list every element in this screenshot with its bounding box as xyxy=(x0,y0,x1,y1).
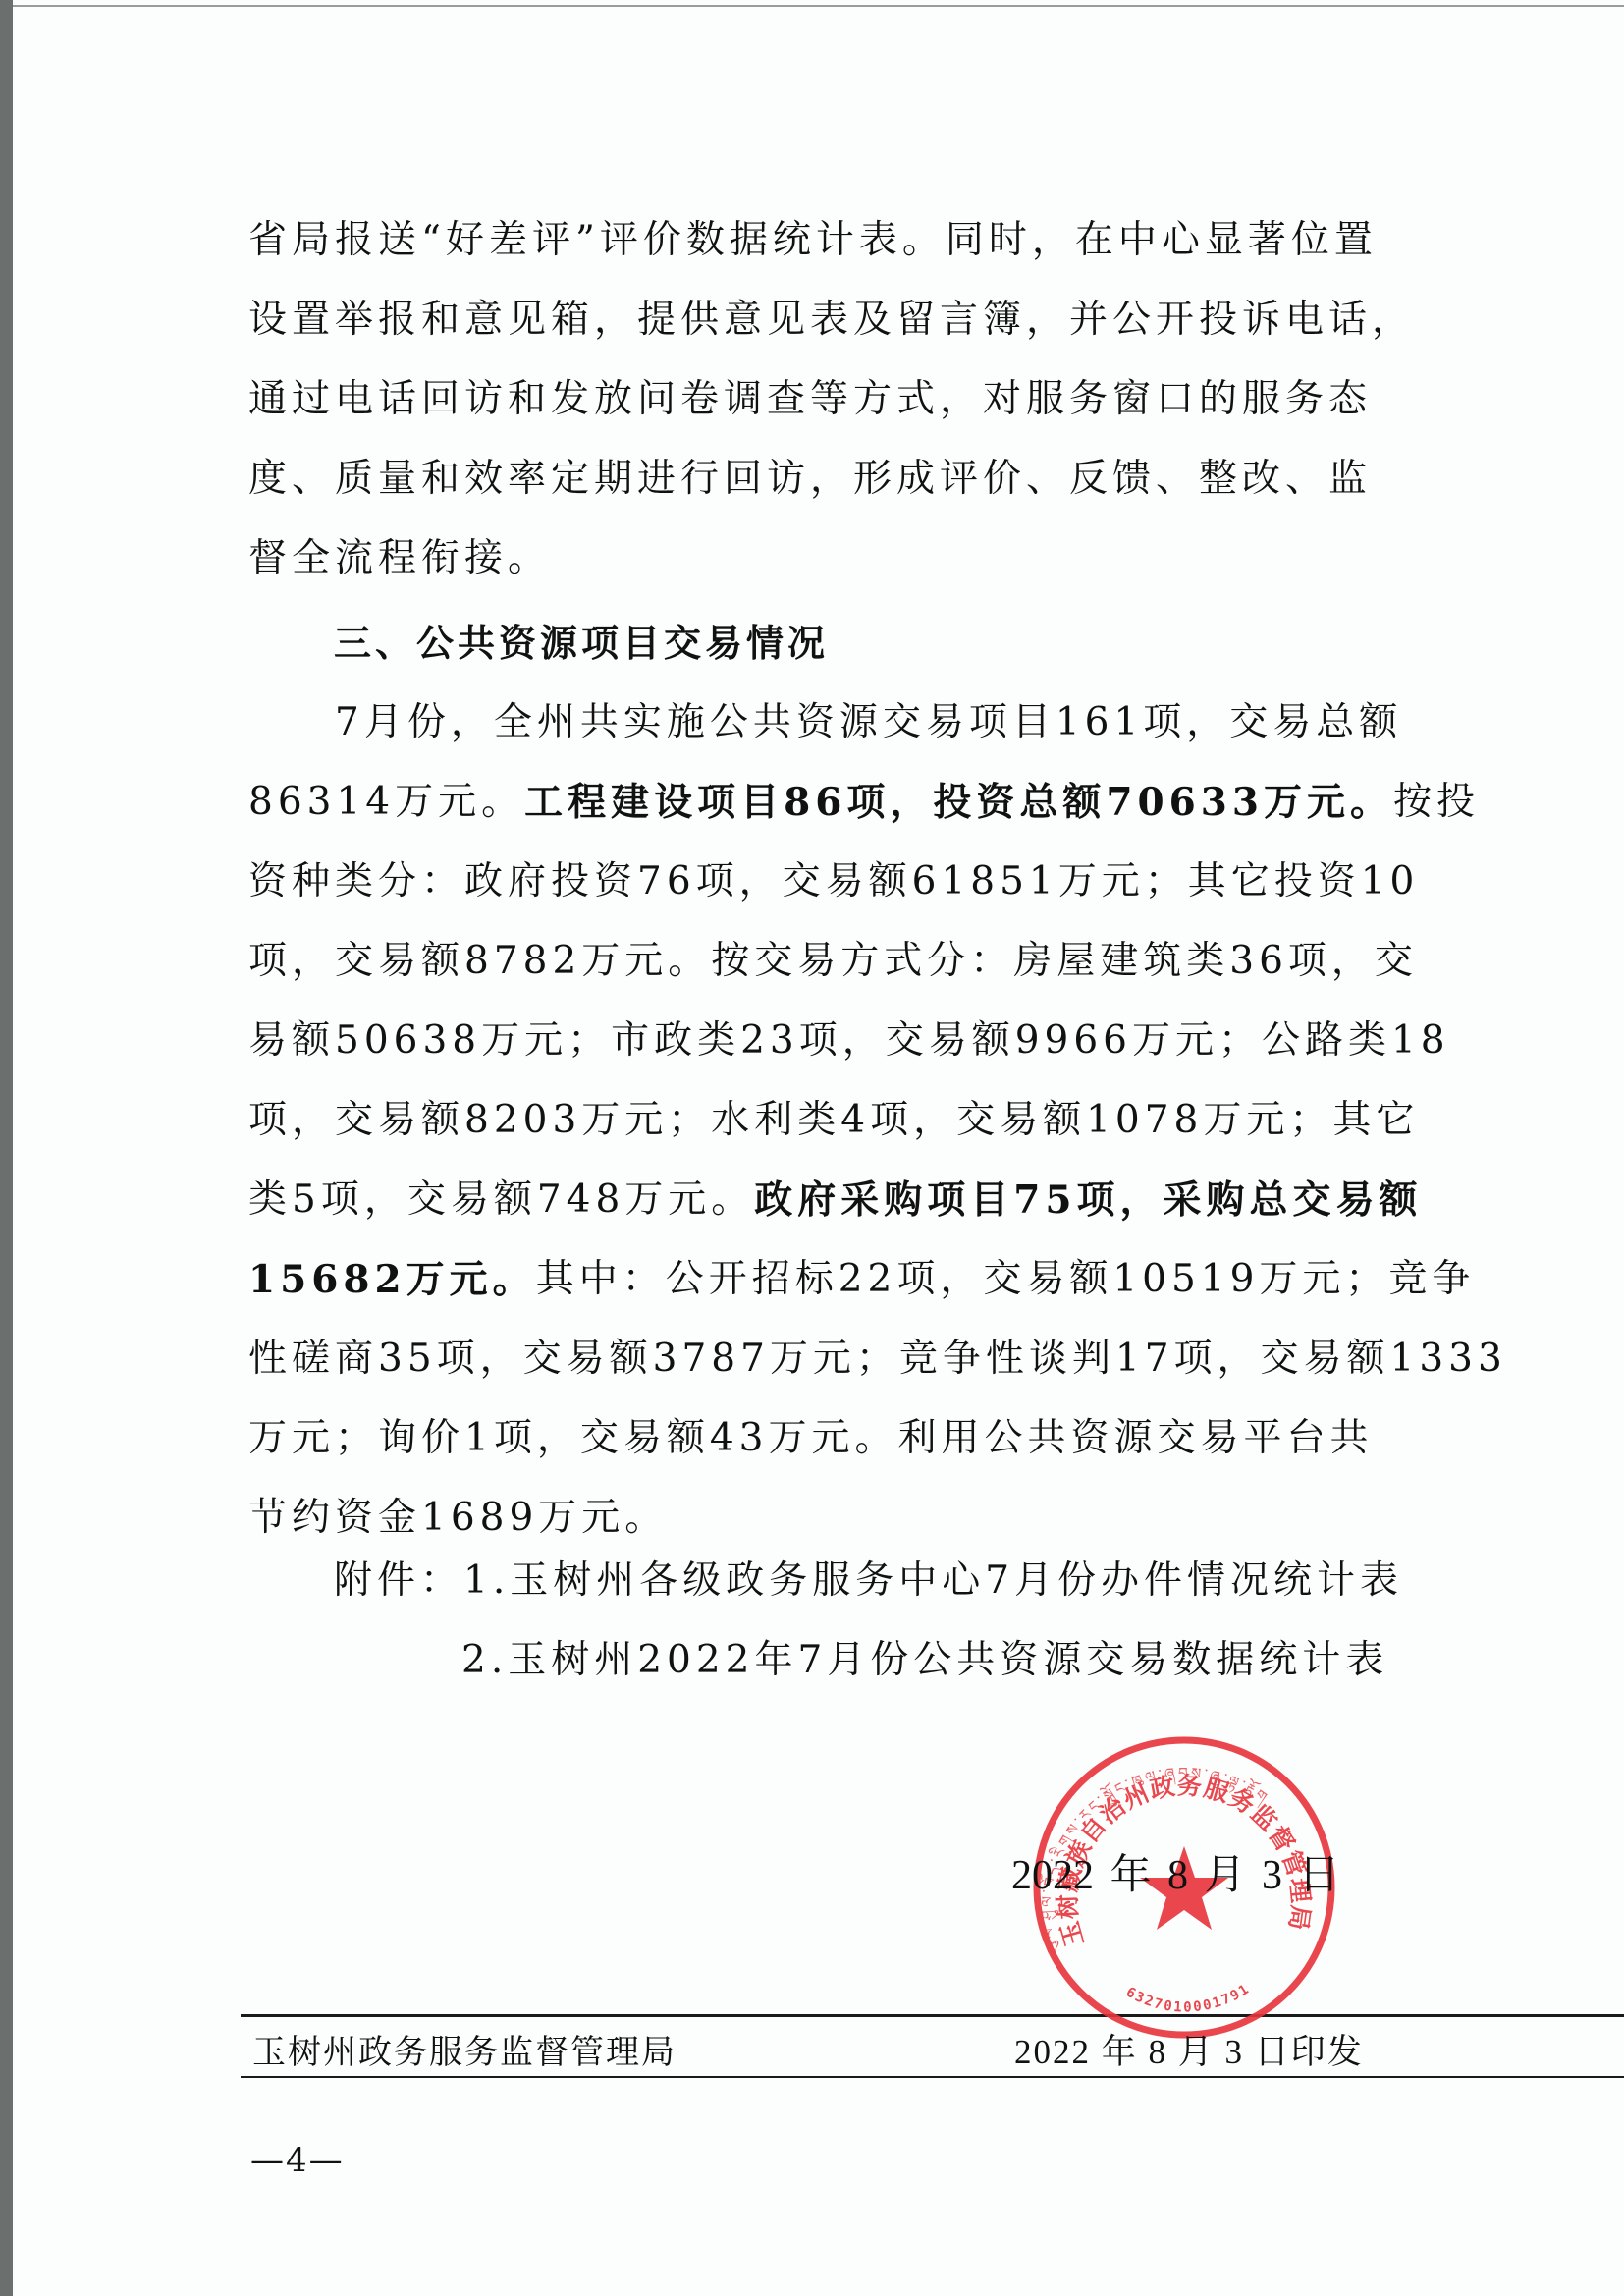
body-text: 项，交易额8203万元；水利类4项，交易额1078万元；其它 xyxy=(248,1091,1419,1150)
text-line: 项，交易额8782万元。按交易方式分：房屋建筑类36项，交 xyxy=(248,932,1378,991)
text-line: 督全流程衔接。 xyxy=(248,529,1378,588)
text-line: 资种类分：政府投资76项，交易额61851万元；其它投资10 xyxy=(248,852,1378,911)
seal-number: 6327010001791 xyxy=(1123,1981,1253,2016)
attachment-label: 附件： xyxy=(334,1558,463,1603)
body-text: 其中：公开招标22项，交易额10519万元；竞争 xyxy=(536,1250,1476,1309)
footer-issuer: 玉树州政务服务监督管理局 xyxy=(252,2029,677,2076)
text-line: 通过电话回访和发放问卷调查等方式，对服务窗口的服务态 xyxy=(248,370,1378,429)
body-text: 资种类分：政府投资76项，交易额61851万元；其它投资10 xyxy=(248,852,1419,911)
body-text: 项，交易额8782万元。按交易方式分：房屋建筑类36项，交 xyxy=(248,932,1418,991)
text-line: 类5项，交易额748万元。政府采购项目75项，采购总交易额 xyxy=(248,1171,1378,1230)
text-line: 易额50638万元；市政类23项，交易额9966万元；公路类18 xyxy=(248,1011,1378,1070)
scan-border-left xyxy=(0,0,13,2296)
attachment-item-1: 附件：1.玉树州各级政务服务中心7月份办件情况统计表 xyxy=(334,1552,1403,1611)
emphasis-text: 工程建设项目86项，投资总额70633万元。 xyxy=(524,773,1393,832)
footer-issue-date: 2022 年 8 月 3 日印发 xyxy=(1014,2029,1364,2076)
svg-text:6327010001791: 6327010001791 xyxy=(1123,1981,1253,2016)
text-line: 7月份，全州共实施公共资源交易项目161项，交易总额 xyxy=(248,693,1378,752)
body-text: 86314万元。 xyxy=(248,773,524,832)
body-text: 万元；询价1项，交易额43万元。利用公共资源交易平台共 xyxy=(248,1409,1373,1468)
text-line: 设置举报和意见箱，提供意见表及留言簿，并公开投诉电话， xyxy=(248,291,1378,350)
attachment-item-2: 2.玉树州2022年7月份公共资源交易数据统计表 xyxy=(461,1631,1388,1690)
footer-bottom-rule xyxy=(241,2076,1624,2078)
scan-border-top xyxy=(13,5,1624,7)
text-line: 性磋商35项，交易额3787万元；竞争性谈判17项，交易额1333 xyxy=(248,1330,1378,1389)
footer-top-rule xyxy=(241,2014,1624,2017)
page-number: —4— xyxy=(250,2139,345,2182)
text-line: 项，交易额8203万元；水利类4项，交易额1078万元；其它 xyxy=(248,1091,1378,1150)
text-line: 15682万元。其中：公开招标22项，交易额10519万元；竞争 xyxy=(248,1250,1378,1309)
signature-date: 2022 年 8 月 3 日 xyxy=(1011,1848,1340,1903)
body-text: 节约资金1689万元。 xyxy=(248,1489,668,1548)
emphasis-text: 15682万元。 xyxy=(248,1250,536,1309)
text-line: 86314万元。工程建设项目86项，投资总额70633万元。按投 xyxy=(248,773,1378,832)
text-line: 节约资金1689万元。 xyxy=(248,1489,1378,1548)
body-text: 性磋商35项，交易额3787万元；竞争性谈判17项，交易额1333 xyxy=(248,1330,1507,1389)
attachment-title: 1.玉树州各级政务服务中心7月份办件情况统计表 xyxy=(463,1558,1403,1603)
body-text: 类5项，交易额748万元。 xyxy=(248,1171,754,1230)
text-line: 度、质量和效率定期进行回访，形成评价、反馈、整改、监 xyxy=(248,450,1378,509)
section-heading: 三、公共资源项目交易情况 xyxy=(334,614,829,673)
body-text: 易额50638万元；市政类23项，交易额9966万元；公路类18 xyxy=(248,1011,1450,1070)
body-text: 按投 xyxy=(1393,773,1480,832)
body-text: 7月份，全州共实施公共资源交易项目161项，交易总额 xyxy=(248,693,1402,752)
text-line: 万元；询价1项，交易额43万元。利用公共资源交易平台共 xyxy=(248,1409,1378,1468)
text-line: 省局报送“好差评”评价数据统计表。同时，在中心显著位置 xyxy=(248,211,1378,270)
emphasis-text: 政府采购项目75项，采购总交易额 xyxy=(754,1171,1422,1230)
attachment-title: 2.玉树州2022年7月份公共资源交易数据统计表 xyxy=(461,1638,1388,1682)
